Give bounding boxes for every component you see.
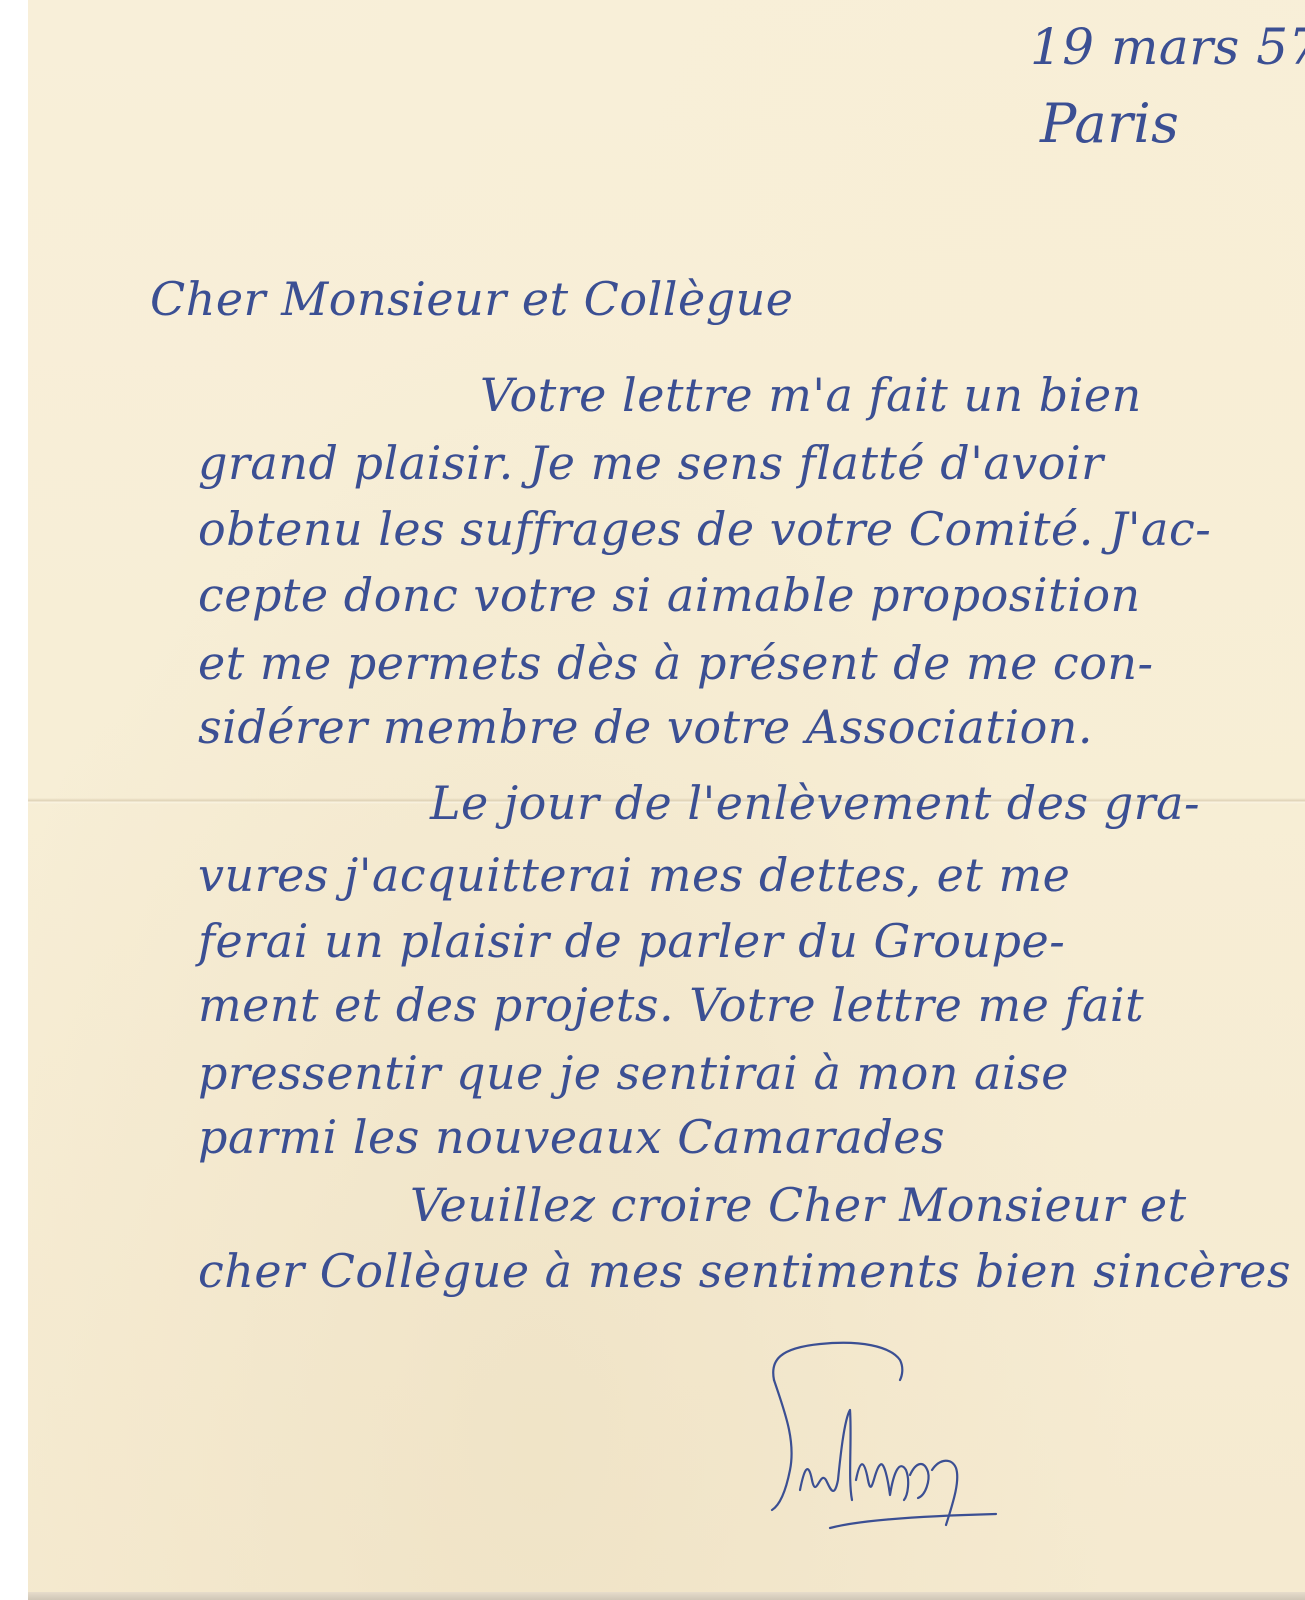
body-line: parmi les nouveaux Camarades bbox=[198, 1110, 945, 1164]
letter-date: 19 mars 57 bbox=[1030, 18, 1305, 76]
body-line: et me permets dès à présent de me con- bbox=[198, 636, 1154, 690]
letter-salutation: Cher Monsieur et Collègue bbox=[150, 272, 794, 326]
body-line: ferai un plaisir de parler du Groupe- bbox=[198, 914, 1065, 968]
signature-scribble-icon bbox=[760, 1330, 1000, 1530]
body-line: cepte donc votre si aimable proposition bbox=[198, 568, 1141, 622]
body-line: Le jour de l'enlèvement des gra- bbox=[430, 776, 1200, 830]
body-line: pressentir que je sentirai à mon aise bbox=[198, 1046, 1069, 1100]
closing-line: cher Collègue à mes sentiments bien sinc… bbox=[198, 1244, 1291, 1298]
body-line: sidérer membre de votre Association. bbox=[198, 700, 1093, 754]
paper-bottom-edge bbox=[28, 1592, 1305, 1600]
body-line: Votre lettre m'a fait un bien bbox=[480, 368, 1142, 422]
body-line: obtenu les suffrages de votre Comité. J'… bbox=[198, 502, 1211, 556]
closing-line: Veuillez croire Cher Monsieur et bbox=[410, 1178, 1187, 1232]
page: 19 mars 57 Paris Cher Monsieur et Collèg… bbox=[0, 0, 1305, 1600]
letter-place: Paris bbox=[1040, 92, 1179, 155]
signature bbox=[760, 1330, 1000, 1530]
body-line: ment et des projets. Votre lettre me fai… bbox=[198, 978, 1144, 1032]
body-line: grand plaisir. Je me sens flatté d'avoir bbox=[198, 436, 1104, 490]
body-line: vures j'acquitterai mes dettes, et me bbox=[198, 848, 1070, 902]
